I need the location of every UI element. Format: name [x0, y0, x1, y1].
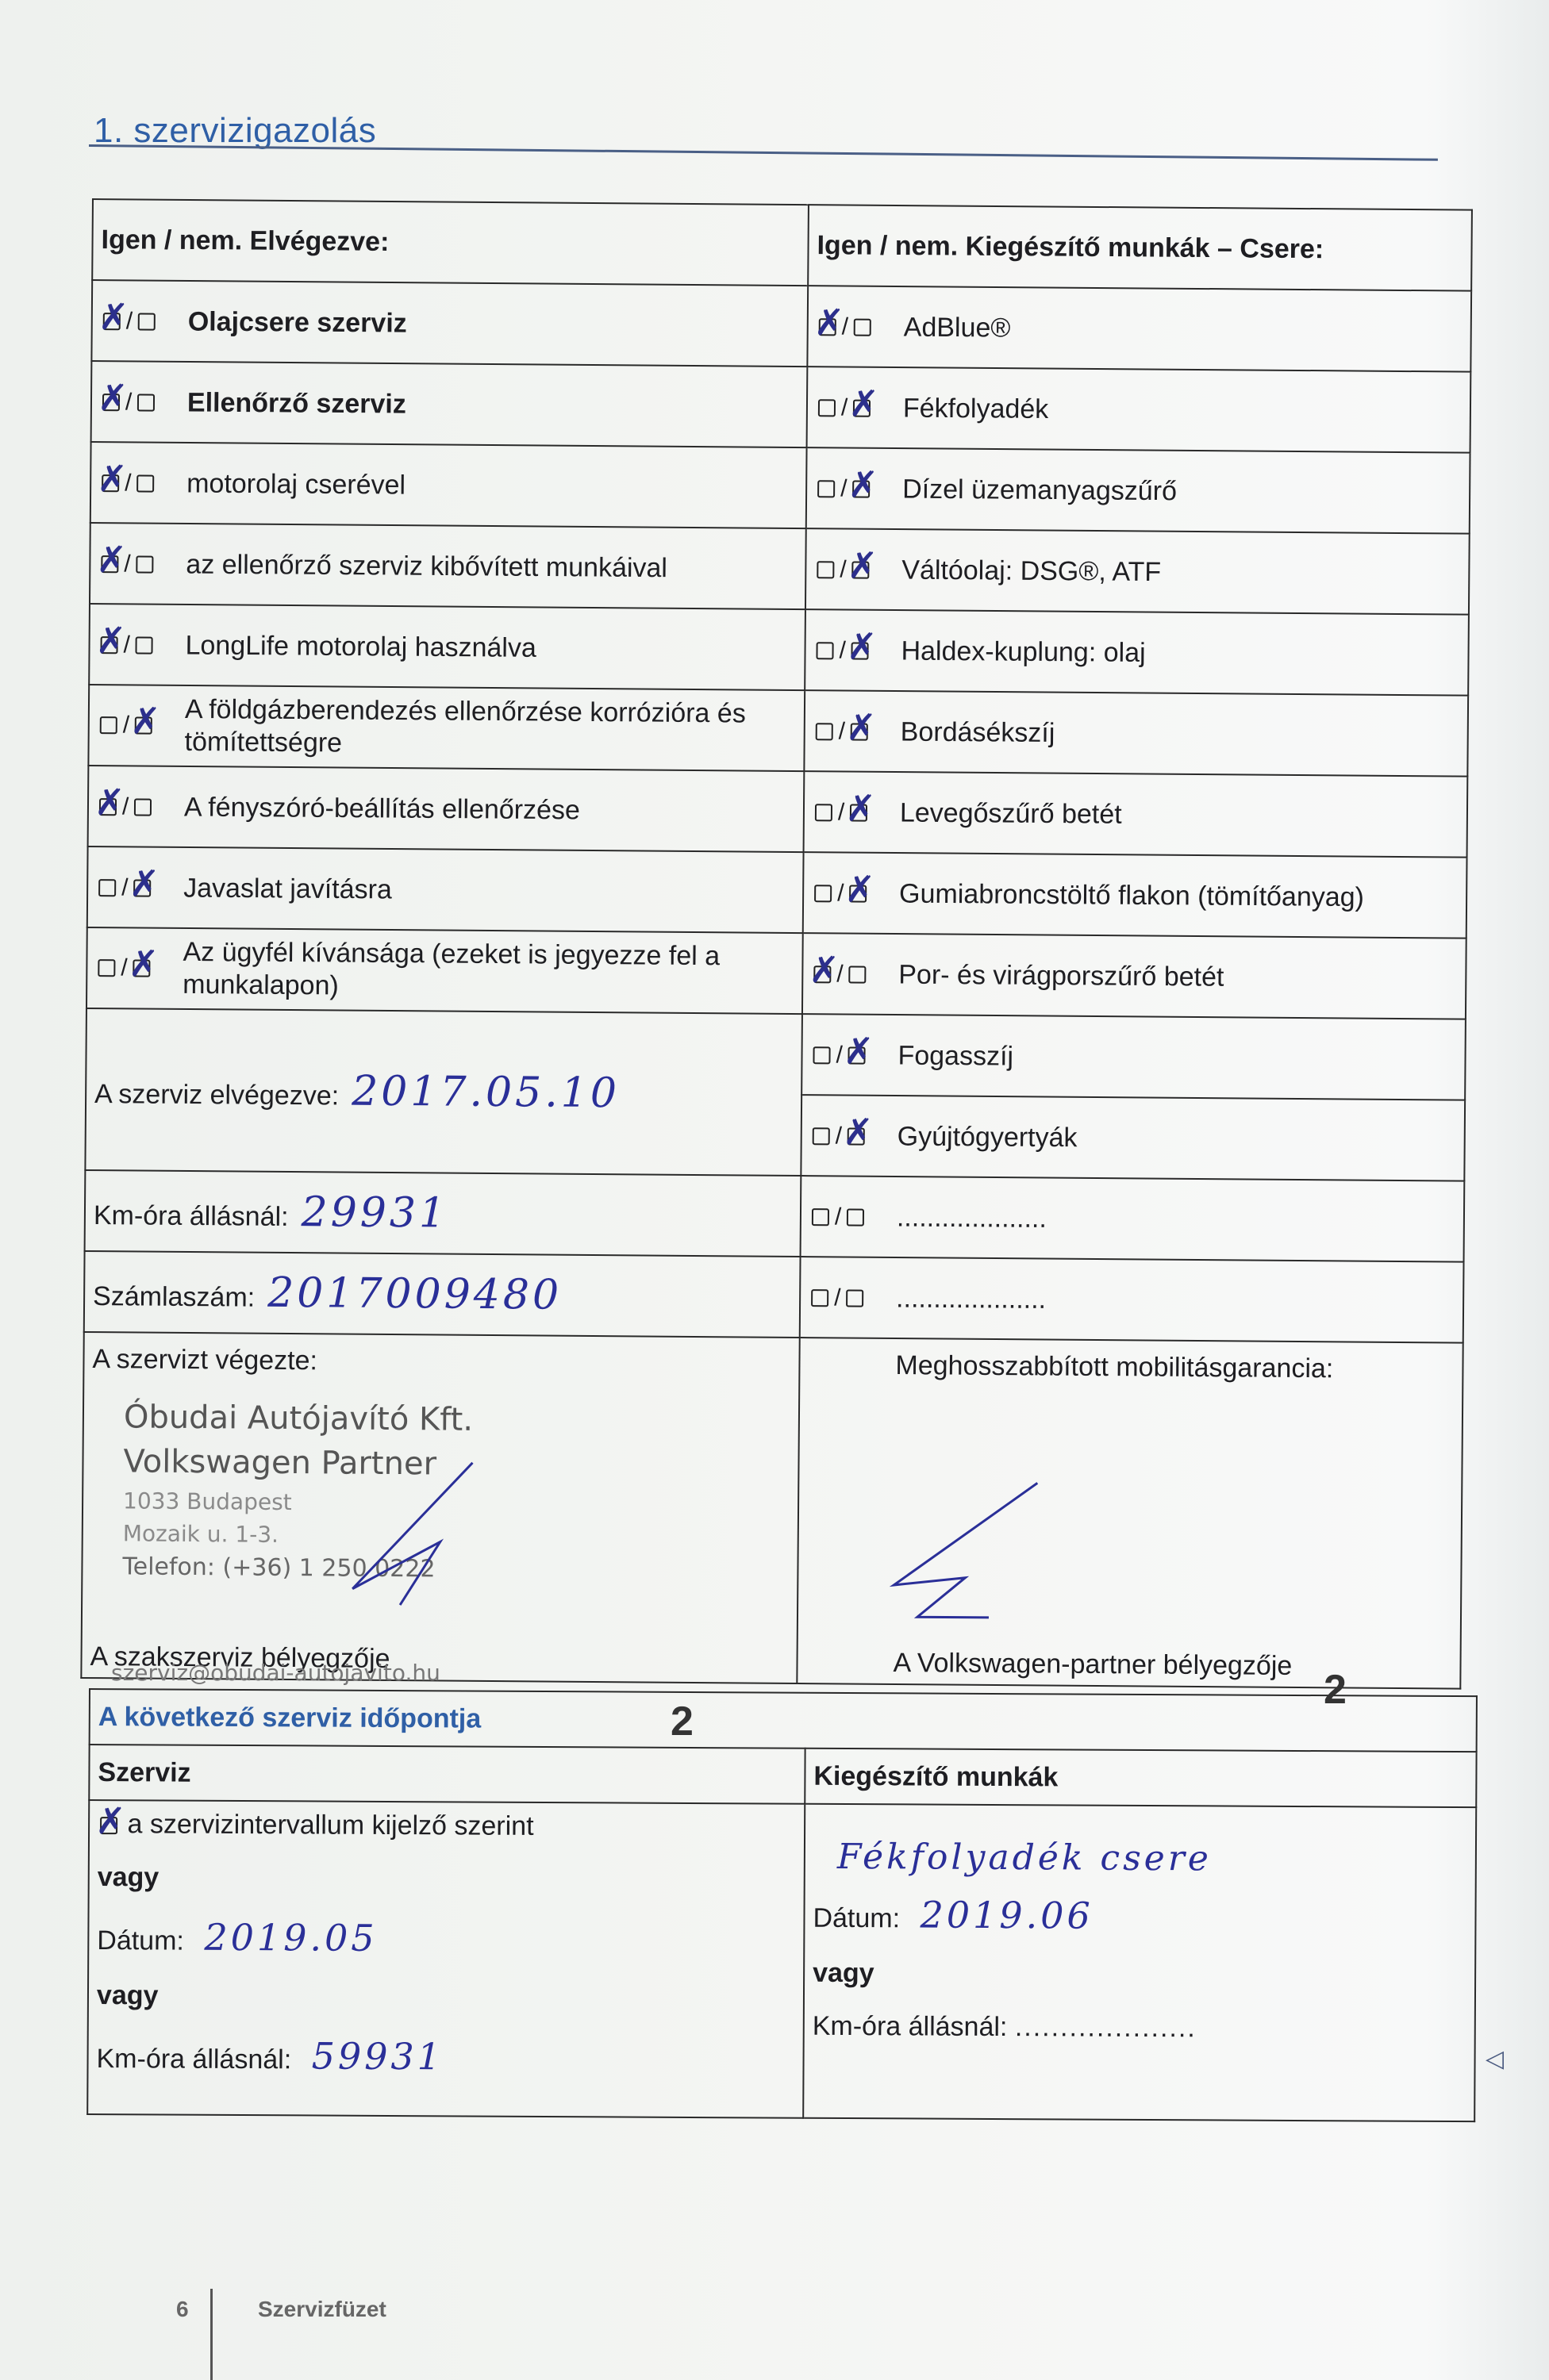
no-checkbox[interactable]: ✗ — [133, 879, 151, 896]
yes-no-checkboxes: /✗ — [95, 951, 183, 983]
service-column-header: Szerviz — [89, 1745, 805, 1804]
stamp-number: 2 — [671, 1698, 694, 1745]
service-booklet-page: 1. szervizigazolás Igen / nem. Elvégezve… — [0, 0, 1549, 2380]
x-mark-icon: ✗ — [130, 702, 161, 739]
no-checkbox[interactable] — [849, 965, 867, 983]
extra-item: /✗Fogasszíj — [801, 1014, 1466, 1100]
yes-no-checkboxes: /✗ — [812, 877, 899, 908]
no-checkbox[interactable]: ✗ — [135, 716, 152, 734]
yes-no-checkboxes: / — [809, 1200, 897, 1232]
x-mark-icon: ✗ — [98, 379, 129, 416]
yes-no-checkboxes: /✗ — [96, 871, 183, 903]
yes-checkbox[interactable] — [814, 885, 832, 902]
no-checkbox[interactable]: ✗ — [848, 1127, 865, 1145]
item-label: Fékfolyadék — [903, 393, 1049, 424]
yes-no-checkboxes: /✗ — [813, 634, 901, 666]
yes-checkbox[interactable] — [100, 716, 117, 734]
extra-km-label: Km-óra állásnál: — [813, 2011, 1008, 2042]
workshop-stamp-area: A szervizt végezte:Óbudai Autójavító Kft… — [81, 1332, 799, 1683]
or-label: vagy — [813, 1958, 1466, 1992]
table-row: ✗/Ellenőrző szerviz/✗Fékfolyadék — [91, 361, 1471, 453]
yes-checkbox[interactable] — [817, 480, 835, 497]
yes-checkbox[interactable]: ✗ — [102, 393, 120, 411]
yes-no-checkboxes: /✗ — [813, 715, 901, 747]
yes-checkbox[interactable]: ✗ — [102, 474, 119, 492]
yes-no-checkboxes: ✗/ — [817, 310, 904, 342]
table-row: /✗A földgázberendezés ellenőrzése korróz… — [88, 685, 1468, 777]
no-checkbox[interactable]: ✗ — [848, 1046, 866, 1064]
x-mark-icon: ✗ — [848, 547, 878, 583]
yes-checkbox[interactable] — [813, 1127, 830, 1145]
yes-checkbox[interactable] — [815, 804, 832, 821]
yes-no-checkboxes: ✗/ — [100, 386, 187, 417]
item-label: Olajcsere szerviz — [188, 306, 407, 338]
extra-column-header: Igen / nem. Kiegészítő munkák – Csere: — [808, 205, 1472, 291]
no-checkbox[interactable]: ✗ — [851, 723, 868, 740]
odometer-field: Km-óra állásnál:29931 — [85, 1170, 801, 1257]
item-label: Dízel üzemanyagszűrő — [902, 474, 1177, 506]
done-item: /✗Az ügyfél kívánsága (ezeket is jegyezz… — [86, 927, 803, 1014]
stamp-company-name: Óbudai Autójavító Kft. — [124, 1399, 790, 1441]
item-label: Fogasszíj — [897, 1040, 1013, 1071]
item-label: Az ügyfél kívánsága (ezeket is jegyezze … — [183, 936, 755, 1005]
yes-checkbox[interactable] — [98, 959, 115, 977]
extra-item: ✗/Por- és virágporszűrő betét — [802, 933, 1466, 1019]
no-checkbox[interactable] — [854, 318, 871, 336]
item-label: Gyújtógyertyák — [897, 1121, 1078, 1153]
service-km-value[interactable]: 59931 — [312, 2034, 444, 2078]
separator: / — [837, 880, 844, 906]
no-checkbox[interactable] — [134, 798, 152, 816]
x-mark-icon: ✗ — [95, 622, 126, 658]
invoice-field: Számlaszám:2017009480 — [84, 1251, 801, 1338]
yes-no-checkboxes: ✗/ — [98, 547, 186, 579]
separator: / — [121, 954, 128, 981]
done-item: ✗/Olajcsere szerviz — [91, 280, 808, 367]
yes-checkbox[interactable] — [816, 723, 833, 740]
yes-checkbox[interactable]: ✗ — [819, 318, 836, 336]
extra-item: /✗Bordásékszíj — [804, 690, 1468, 777]
service-date-label: Dátum: — [97, 1925, 184, 1956]
item-label: A fényszóró-beállítás ellenőrzése — [184, 792, 580, 825]
x-mark-icon: ✗ — [845, 789, 876, 826]
yes-no-checkboxes: /✗ — [814, 553, 901, 585]
done-item: ✗/LongLife motorolaj használva — [89, 604, 805, 690]
separator: / — [836, 1123, 843, 1149]
table-row: ✗/LongLife motorolaj használva/✗Haldex-k… — [89, 604, 1469, 696]
separator: / — [836, 1042, 843, 1068]
yes-checkbox[interactable] — [811, 1289, 828, 1307]
yes-checkbox[interactable] — [813, 1046, 830, 1064]
x-mark-icon: ✗ — [98, 298, 129, 335]
yes-no-checkboxes: /✗ — [815, 472, 902, 504]
no-checkbox[interactable]: ✗ — [851, 642, 869, 659]
x-mark-icon: ✗ — [97, 460, 128, 497]
x-mark-icon: ✗ — [844, 1032, 874, 1069]
yes-checkbox[interactable]: ✗ — [100, 636, 117, 654]
yes-checkbox[interactable]: ✗ — [103, 313, 121, 330]
item-label: Bordásékszíj — [901, 716, 1055, 748]
yes-no-checkboxes: ✗/ — [101, 305, 188, 336]
no-checkbox[interactable] — [846, 1289, 863, 1307]
service-date-value[interactable]: 2017.05.10 — [352, 1068, 620, 1118]
table-row: ✗/Olajcsere szerviz✗/AdBlue® — [91, 280, 1471, 372]
separator: / — [841, 394, 848, 420]
item-label: Por- és virágporszűrő betét — [898, 959, 1224, 992]
or-label: vagy — [98, 1862, 796, 1897]
extra-item: ✗/AdBlue® — [807, 286, 1471, 372]
x-mark-icon: ✗ — [94, 784, 125, 820]
or-label: vagy — [97, 1980, 795, 2015]
item-label: LongLife motorolaj használva — [185, 630, 536, 662]
separator: / — [835, 1203, 842, 1230]
extra-item: /✗Fékfolyadék — [807, 367, 1471, 453]
item-label: Ellenőrző szerviz — [187, 387, 406, 419]
no-checkbox[interactable]: ✗ — [852, 480, 870, 497]
signature-icon — [862, 1474, 1070, 1634]
table-row: /✗Az ügyfél kívánsága (ezeket is jegyezz… — [86, 927, 1466, 1019]
done-item: /✗A földgázberendezés ellenőrzése korróz… — [88, 685, 805, 771]
no-checkbox[interactable] — [136, 636, 153, 654]
done-item: ✗/motorolaj cserével — [90, 442, 807, 528]
item-label: Haldex-kuplung: olaj — [901, 635, 1145, 667]
no-checkbox[interactable] — [138, 313, 156, 330]
partner-stamp-caption: A Volkswagen-partner bélyegzője — [893, 1648, 1292, 1682]
done-item: ✗/az ellenőrző szerviz kibővített munkái… — [90, 523, 806, 609]
yes-checkbox[interactable]: ✗ — [99, 798, 117, 816]
item-label: Gumiabroncstöltő flakon (tömítőanyag) — [899, 878, 1364, 912]
page-number: 6 — [176, 2297, 189, 2322]
yes-checkbox[interactable] — [812, 1208, 829, 1226]
no-checkbox[interactable] — [847, 1208, 864, 1226]
extra-item: /✗Gumiabroncstöltő flakon (tömítőanyag) — [803, 852, 1467, 939]
odometer-value[interactable]: 29931 — [301, 1188, 448, 1237]
no-checkbox[interactable]: ✗ — [133, 959, 151, 977]
x-mark-icon: ✗ — [848, 385, 879, 421]
x-mark-icon: ✗ — [814, 304, 845, 340]
separator: / — [840, 556, 847, 582]
item-label: A földgázberendezés ellenőrzése korrózió… — [184, 693, 756, 762]
invoice-label: Számlaszám: — [93, 1281, 255, 1313]
item-label: motorolaj cserével — [186, 468, 406, 500]
yes-no-checkboxes: / — [809, 1281, 896, 1313]
separator: / — [121, 874, 129, 900]
x-mark-icon: ✗ — [848, 466, 878, 502]
table-row: /✗Javaslat javításra/✗Gumiabroncstöltő f… — [87, 846, 1467, 939]
table-row: ✗/az ellenőrző szerviz kibővített munkái… — [90, 523, 1470, 615]
extra-item: /✗Levegőszűrő betét — [804, 771, 1468, 858]
item-label: AdBlue® — [904, 312, 1011, 343]
done-column-header: Igen / nem. Elvégezve: — [92, 199, 809, 286]
interval-label: a szervizintervallum kijelző szerint — [127, 1809, 533, 1841]
separator: / — [123, 712, 130, 738]
x-mark-icon: ✗ — [809, 951, 840, 988]
footer-divider — [210, 2289, 213, 2380]
yes-checkbox[interactable] — [816, 642, 833, 659]
item-label: Váltóolaj: DSG®, ATF — [901, 555, 1161, 587]
yes-checkbox[interactable] — [818, 399, 836, 416]
table-row: ✗/A fényszóró-beállítás ellenőrzése/✗Lev… — [88, 766, 1468, 858]
extra-date-value[interactable]: 2019.06 — [920, 1893, 1094, 1937]
done-item: ✗/A fényszóró-beállítás ellenőrzése — [88, 766, 805, 852]
yes-checkbox[interactable] — [98, 879, 116, 896]
done-item: ✗/Ellenőrző szerviz — [91, 361, 808, 447]
item-label: Javaslat javításra — [183, 873, 392, 904]
extra-km-value[interactable]: .................... — [1015, 2012, 1197, 2043]
yes-no-checkboxes: /✗ — [810, 1038, 897, 1070]
page-arrow-icon: ◁ — [1486, 2045, 1504, 2073]
service-date-label: A szerviz elvégezve: — [94, 1079, 339, 1111]
separator: / — [839, 637, 846, 663]
separator: / — [838, 799, 845, 825]
x-mark-icon: ✗ — [843, 1113, 874, 1150]
no-checkbox[interactable] — [136, 474, 154, 492]
yes-no-checkboxes: /✗ — [813, 796, 900, 827]
next-service-title: A következő szerviz időpontja — [98, 1702, 482, 1734]
done-item: /✗Javaslat javításra — [87, 846, 804, 933]
signature-icon — [321, 1453, 497, 1614]
mobility-guarantee-label: Meghosszabbított mobilitásgarancia: — [808, 1349, 1454, 1385]
separator: / — [834, 1284, 841, 1311]
x-mark-icon: ✗ — [844, 870, 875, 907]
no-checkbox[interactable]: ✗ — [849, 885, 867, 902]
no-checkbox[interactable]: ✗ — [852, 561, 870, 578]
odometer-label: Km-óra állásnál: — [94, 1200, 289, 1232]
item-label: az ellenőrző szerviz kibővített munkáiva… — [186, 549, 667, 583]
yes-no-checkboxes: /✗ — [810, 1119, 897, 1151]
item-label: Levegőszűrő betét — [900, 797, 1122, 829]
yes-checkbox[interactable]: ✗ — [813, 965, 831, 983]
x-mark-icon: ✗ — [846, 708, 877, 745]
x-mark-icon: ✗ — [95, 1802, 126, 1839]
performed-by-label: A szervizt végezte: — [92, 1344, 790, 1380]
extra-item: /.................... — [801, 1176, 1465, 1262]
table-row: ✗/motorolaj cserével/✗Dízel üzemanyagszű… — [90, 442, 1470, 534]
extra-item: /.................... — [800, 1257, 1464, 1343]
book-title: Szervizfüzet — [258, 2297, 386, 2322]
yes-no-checkboxes: ✗/ — [97, 790, 184, 822]
no-checkbox[interactable] — [136, 555, 154, 573]
partner-stamp-area: Meghosszabbított mobilitásgarancia:A Vol… — [797, 1338, 1463, 1689]
stamp-number: 2 — [1324, 1666, 1347, 1714]
service-date-field: A szerviz elvégezve:2017.05.10 — [85, 1008, 802, 1176]
yes-no-checkboxes: /✗ — [816, 391, 903, 423]
service-date-value[interactable]: 2019.05 — [204, 1916, 378, 1960]
x-mark-icon: ✗ — [129, 865, 160, 901]
yes-no-checkboxes: ✗/ — [98, 628, 185, 660]
separator: / — [839, 718, 846, 744]
separator: / — [840, 475, 848, 501]
interval-checkbox[interactable]: ✗ — [100, 1817, 117, 1834]
extra-work-value[interactable]: Fékfolyadék csere — [837, 1837, 1467, 1880]
yes-checkbox[interactable] — [817, 561, 834, 578]
title-underline — [89, 144, 1438, 161]
x-mark-icon: ✗ — [847, 628, 878, 664]
extra-item: /✗Haldex-kuplung: olaj — [805, 609, 1469, 696]
x-mark-icon: ✗ — [96, 541, 127, 578]
x-mark-icon: ✗ — [129, 945, 160, 981]
no-checkbox[interactable]: ✗ — [850, 804, 867, 821]
extra-item: /✗Váltóolaj: DSG®, ATF — [805, 528, 1470, 615]
yes-no-checkboxes: ✗/ — [99, 466, 186, 498]
extra-date-label: Dátum: — [813, 1903, 900, 1934]
item-label: .................... — [896, 1283, 1046, 1314]
service-certificate-table: Igen / nem. Elvégezve:Igen / nem. Kiegés… — [80, 198, 1473, 1690]
service-km-label: Km-óra állásnál: — [96, 2044, 291, 2075]
no-checkbox[interactable]: ✗ — [853, 399, 871, 416]
no-checkbox[interactable] — [137, 393, 155, 411]
invoice-value[interactable]: 2017009480 — [267, 1269, 562, 1319]
extra-item: /✗Gyújtógyertyák — [801, 1095, 1465, 1181]
next-service-table: A következő szerviz időpontja Szerviz Ki… — [86, 1688, 1478, 2122]
stamp-email: szerviz@obudai-autojavito.hu — [111, 1660, 440, 1686]
extra-work-column-header: Kiegészítő munkák — [805, 1749, 1476, 1807]
yes-no-checkboxes: /✗ — [98, 708, 185, 740]
yes-checkbox[interactable]: ✗ — [101, 555, 118, 573]
extra-item: /✗Dízel üzemanyagszűrő — [806, 447, 1470, 534]
item-label: .................... — [897, 1202, 1047, 1233]
yes-no-checkboxes: ✗/ — [811, 958, 898, 989]
